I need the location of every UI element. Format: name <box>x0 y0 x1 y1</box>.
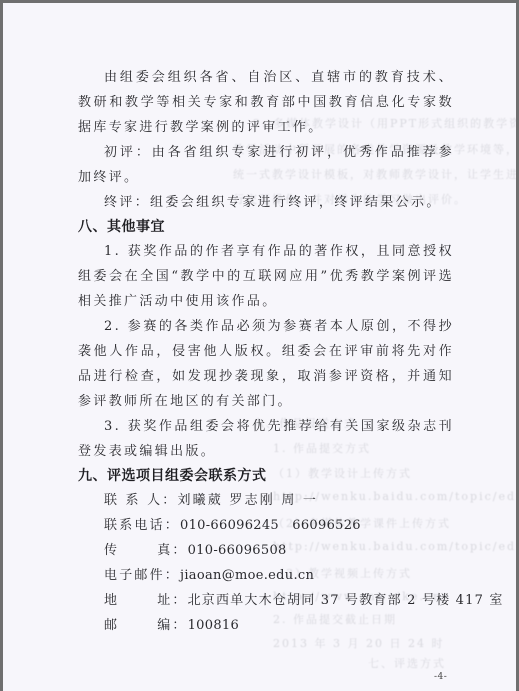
contact-fax-value: 010-66096508 <box>188 543 287 558</box>
bleed-through-text: 七、评选方式 <box>368 655 446 671</box>
contact-email-value: jiaoan@moe.edu.cn <box>180 568 314 583</box>
contact-persons-value: 刘曦葳 罗志刚 周 一 <box>177 493 318 508</box>
contact-postcode-value: 100816 <box>188 618 239 633</box>
contact-fax-row: 传 真：010-66096508 <box>78 538 454 563</box>
contact-address-row: 地 址：北京西单大木仓胡同 37 号教育部 2 号楼 417 室 <box>78 588 454 613</box>
contact-email-row: 电子邮件：jiaoan@moe.edu.cn <box>78 563 454 588</box>
section-8-heading: 八、其他事宜 <box>78 215 454 239</box>
contact-email-label: 电子邮件： <box>104 563 180 588</box>
contact-phone-value: 010-66096245 66096526 <box>180 518 361 533</box>
contact-postcode-label: 邮 编： <box>104 613 188 638</box>
contact-address-value: 北京西单大木仓胡同 37 号教育部 2 号楼 417 室 <box>188 593 504 608</box>
contact-phone-row: 联系电话：010-66096245 66096526 <box>78 513 454 538</box>
contact-persons-label: 联 系 人： <box>104 488 177 513</box>
document-page: 2. 多媒体教学设计（用PPT形式组织的教学资源） 教学活动中所开展的各类教学资… <box>3 3 516 691</box>
section-9-heading: 九、评选项目组委会联系方式 <box>78 464 454 488</box>
contact-fax-label: 传 真： <box>104 538 188 563</box>
contact-address-label: 地 址： <box>104 588 188 613</box>
page-number: -4- <box>434 672 447 682</box>
section-8-item-2: 2. 参赛的各类作品必须为参赛者本人原创，不得抄袭他人作品，侵害他人版权。组委会… <box>78 314 454 414</box>
paragraph-final-review: 终评：组委会组织专家进行终评，终评结果公示。 <box>78 190 454 215</box>
section-8-item-1: 1. 获奖作品的作者享有作品的著作权，且同意授权组委会在全国“教学中的互联网应用… <box>78 239 454 314</box>
contact-persons-row: 联 系 人：刘曦葳 罗志刚 周 一 <box>78 488 454 513</box>
contact-phone-label: 联系电话： <box>104 513 180 538</box>
section-8-item-3: 3. 获奖作品组委会将优先推荐给有关国家级杂志刊登发表或编辑出版。 <box>78 414 454 464</box>
document-body: 由组委会组织各省、自治区、直辖市的教育技术、教研和教学等相关专家和教育部中国教育… <box>78 65 454 638</box>
paragraph-review-organization: 由组委会组织各省、自治区、直辖市的教育技术、教研和教学等相关专家和教育部中国教育… <box>78 65 454 140</box>
contact-postcode-row: 邮 编：100816 <box>78 613 454 638</box>
paragraph-preliminary-review: 初评：由各省组织专家进行初评，优秀作品推荐参加终评。 <box>78 140 454 190</box>
